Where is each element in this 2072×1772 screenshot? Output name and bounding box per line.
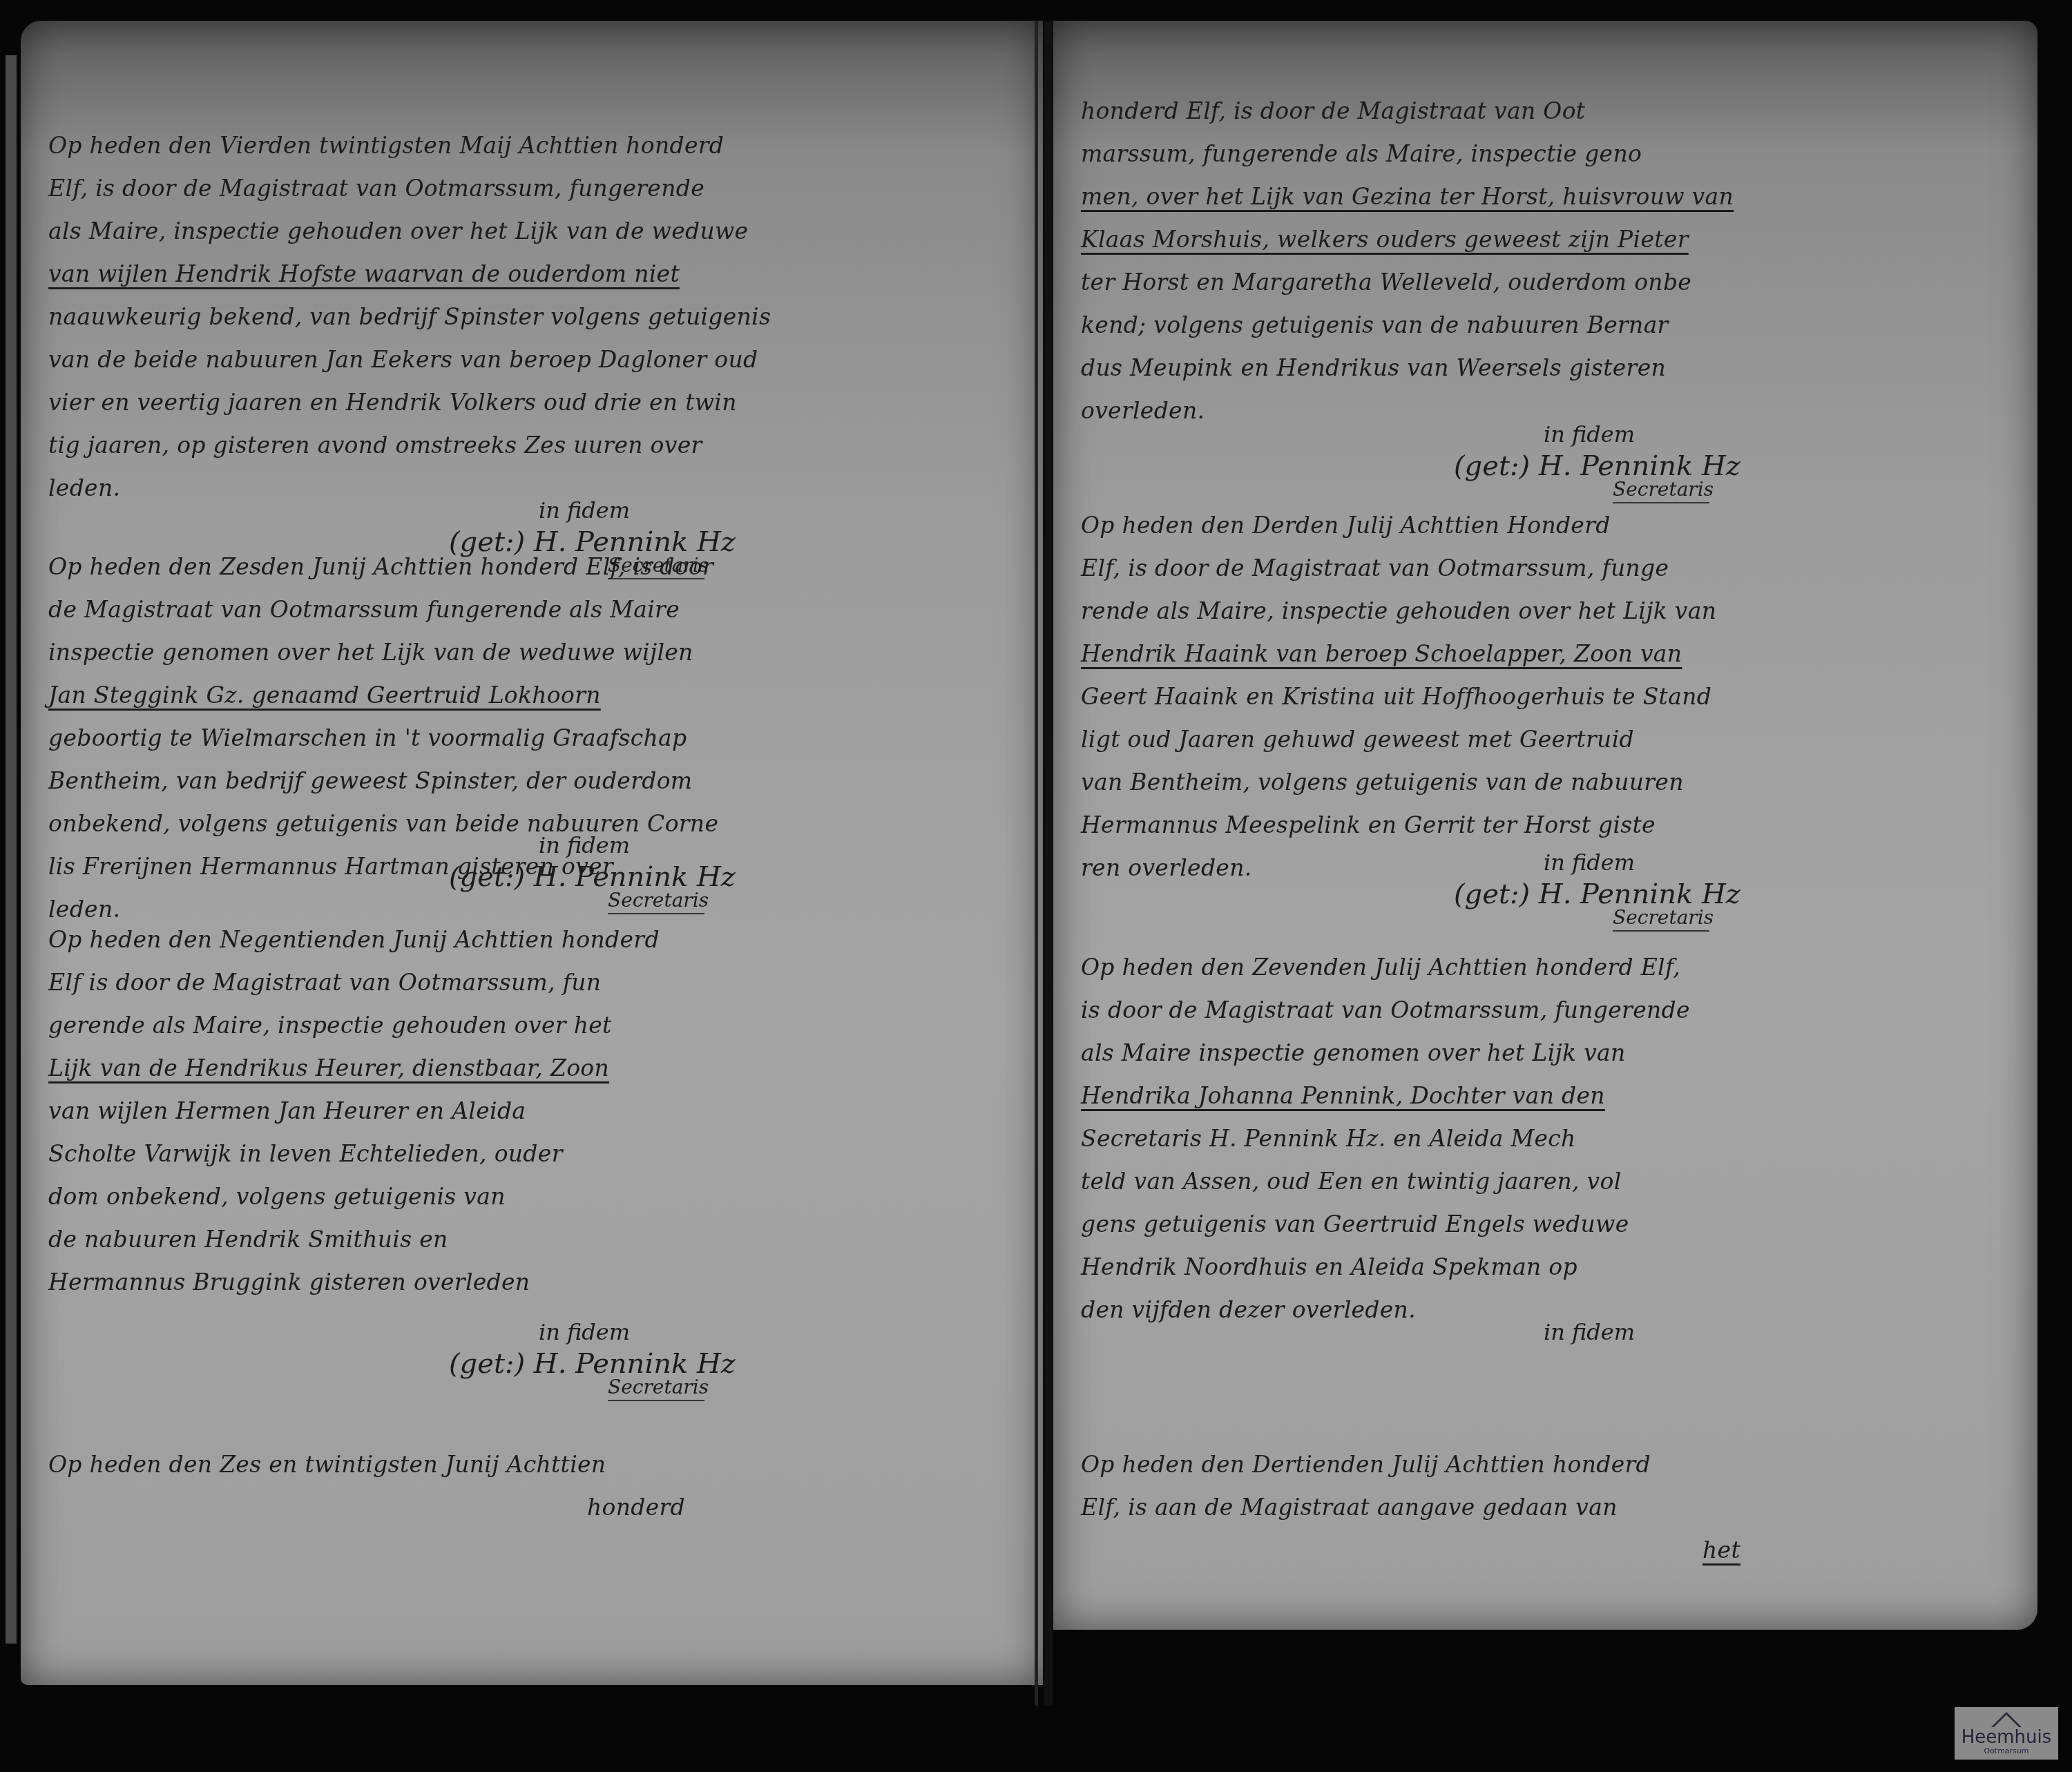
entry-line: van Bentheim, volgens getuigenis van de … [1081, 761, 1827, 804]
register-entry: Op heden den Vierden twintigsten Maij Ac… [48, 124, 801, 510]
entry-line: Op heden den Dertienden Julij Achttien h… [1081, 1443, 1827, 1486]
entry-line: de nabuuren Hendrik Smithuis en [48, 1218, 801, 1261]
entry-line: honderd [587, 1486, 801, 1529]
register-entry: Op heden den Dertienden Julij Achttien h… [1081, 1443, 1827, 1572]
entry-line: de Magistraat van Ootmarssum fungerende … [48, 588, 801, 631]
entry-line: honderd Elf, is door de Magistraat van O… [1081, 90, 1827, 133]
entry-line: van wijlen Hermen Jan Heurer en Aleida [48, 1090, 801, 1133]
entry-line: geboortig te Wielmarschen in 't voormali… [48, 717, 801, 760]
entry-line-underlined: van wijlen Hendrik Hofste waarvan de oud… [48, 253, 801, 296]
entry-line: ter Horst en Margaretha Welleveld, ouder… [1081, 261, 1827, 304]
entry-line: Op heden den Zesden Junij Achttien honde… [48, 546, 801, 588]
entry-line: is door de Magistraat van Ootmarssum, fu… [1081, 989, 1827, 1032]
entry-line: Op heden den Vierden twintigsten Maij Ac… [48, 124, 801, 167]
in-fidem-text: in fidem [539, 1319, 794, 1345]
entry-line: als Maire inspectie genomen over het Lij… [1081, 1032, 1827, 1075]
entry-line: vier en veertig jaaren en Hendrik Volker… [48, 381, 801, 424]
entry-line: inspectie genomen over het Lijk van de w… [48, 631, 801, 674]
watermark-brand: Heemhuis [1961, 1728, 2052, 1746]
entry-line: rende als Maire, inspectie gehouden over… [1081, 590, 1827, 633]
entry-line: Geert Haaink en Kristina uit Hoffhoogerh… [1081, 675, 1827, 718]
entry-line: dus Meupink en Hendrikus van Weersels gi… [1081, 347, 1827, 389]
in-fidem-text: in fidem [1544, 849, 1799, 876]
signature-title: Secretaris [1613, 478, 1709, 503]
in-fidem-text: in fidem [539, 497, 794, 523]
signature-title: Secretaris [1613, 906, 1709, 932]
entry-line: naauwkeurig bekend, van bedrijf Spinster… [48, 296, 801, 338]
entry-line: gens getuigenis van Geertruid Engels wed… [1081, 1203, 1827, 1246]
entry-line-underlined: Jan Steggink Gz. genaamd Geertruid Lokho… [48, 674, 801, 717]
entry-line: teld van Assen, oud Een en twintig jaare… [1081, 1160, 1827, 1203]
entry-line: van de beide nabuuren Jan Eekers van ber… [48, 338, 801, 381]
page-divider-line [1035, 21, 1038, 1706]
entry-line: Op heden den Zes en twintigsten Junij Ac… [48, 1443, 801, 1486]
watermark-place: Ootmarsum [1984, 1746, 2028, 1755]
book-gutter [1044, 21, 1053, 1706]
register-entry: honderd Elf, is door de Magistraat van O… [1081, 90, 1827, 432]
entry-line: Hermannus Meespelink en Gerrit ter Horst… [1081, 804, 1827, 847]
signature-block: in fidem (get:) H. Pennink Hz Secretaris [311, 1319, 794, 1401]
entry-line-underlined: Klaas Morshuis, welkers ouders geweest z… [1081, 218, 1827, 261]
entry-line-underlined: het [1702, 1529, 1827, 1572]
entry-line: tig jaaren, op gisteren avond omstreeks … [48, 424, 801, 467]
heemhuis-watermark-logo: Heemhuis Ootmarsum [1955, 1707, 2058, 1760]
document-spread: Op heden den Vierden twintigsten Maij Ac… [21, 21, 2037, 1733]
in-fidem-text: in fidem [1544, 1319, 1799, 1345]
register-entry: Op heden den Derden Julij Achttien Honde… [1081, 504, 1827, 889]
in-fidem-text: in fidem [539, 832, 794, 858]
page-edge-strip [6, 55, 17, 1644]
entry-line-underlined: Lijk van de Hendrikus Heurer, dienstbaar… [48, 1047, 801, 1090]
entry-line: Secretaris H. Pennink Hz. en Aleida Mech [1081, 1117, 1827, 1160]
signature-block: in fidem (get:) H. Pennink Hz Secretaris [1316, 421, 1799, 503]
entry-line: Hendrik Noordhuis en Aleida Spekman op [1081, 1246, 1827, 1289]
entry-line: Op heden den Negentienden Junij Achttien… [48, 918, 801, 961]
in-fidem-text: in fidem [1544, 421, 1799, 447]
entry-line: Bentheim, van bedrijf geweest Spinster, … [48, 760, 801, 802]
signature-block: in fidem (get:) H. Pennink Hz Secretaris [1316, 849, 1799, 932]
entry-line: marssum, fungerende als Maire, inspectie… [1081, 133, 1827, 175]
signature-title: Secretaris [608, 889, 704, 914]
entry-line: Op heden den Derden Julij Achttien Honde… [1081, 504, 1827, 547]
entry-line-underlined: Hendrik Haaink van beroep Schoelapper, Z… [1081, 633, 1827, 675]
right-page: honderd Elf, is door de Magistraat van O… [1053, 21, 2037, 1630]
left-page: Op heden den Vierden twintigsten Maij Ac… [21, 21, 1043, 1685]
signature-block: in fidem (get:) H. Pennink Hz Secretaris [311, 832, 794, 914]
entry-line: Hermannus Bruggink gisteren overleden [48, 1261, 801, 1304]
entry-line-underlined: Hendrika Johanna Pennink, Dochter van de… [1081, 1075, 1827, 1117]
register-entry: Op heden den Zes en twintigsten Junij Ac… [48, 1443, 801, 1529]
signature-block: in fidem [1316, 1319, 1799, 1345]
entry-line: Scholte Varwijk in leven Echtelieden, ou… [48, 1133, 801, 1175]
register-entry: Op heden den Negentienden Junij Achttien… [48, 918, 801, 1304]
entry-line: als Maire, inspectie gehouden over het L… [48, 210, 801, 253]
entry-line: gerende als Maire, inspectie gehouden ov… [48, 1004, 801, 1047]
entry-line-underlined: men, over het Lijk van Gezina ter Horst,… [1081, 175, 1827, 218]
signature-title: Secretaris [608, 1376, 704, 1401]
entry-line: dom onbekend, volgens getuigenis van [48, 1175, 801, 1218]
entry-line: Elf, is door de Magistraat van Ootmarssu… [1081, 547, 1827, 590]
house-roof-icon [1991, 1712, 2022, 1727]
entry-line: ligt oud Jaaren gehuwd geweest met Geert… [1081, 718, 1827, 761]
entry-line: Elf is door de Magistraat van Ootmarssum… [48, 961, 801, 1004]
entry-line: Elf, is aan de Magistraat aangave gedaan… [1081, 1486, 1827, 1529]
entry-line: Elf, is door de Magistraat van Ootmarssu… [48, 167, 801, 210]
register-entry: Op heden den Zevenden Julij Achttien hon… [1081, 946, 1827, 1331]
entry-line: Op heden den Zevenden Julij Achttien hon… [1081, 946, 1827, 989]
entry-line: kend; volgens getuigenis van de nabuuren… [1081, 304, 1827, 347]
